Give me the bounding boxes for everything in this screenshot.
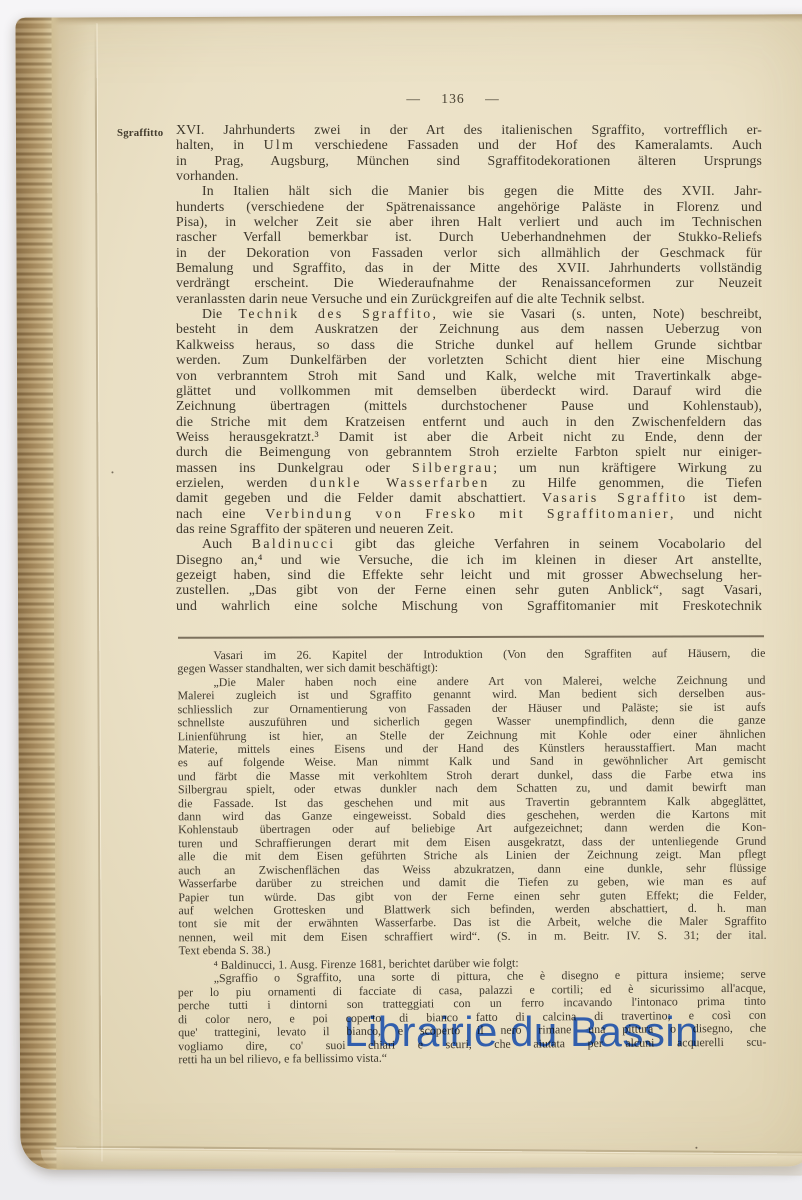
page-number: — 136 — (368, 91, 538, 107)
text-line: und wahrlich eine solche Mischung von Sg… (176, 598, 762, 613)
text-line: In Italien hält sich die Manier bis gege… (176, 183, 762, 198)
text-line: vorhanden. (176, 168, 762, 183)
page-bottom-edge (40, 1150, 802, 1176)
margin-note: Sgraffitto (117, 127, 163, 139)
text-line: in der Dekoration von Fassaden verlor si… (176, 245, 762, 260)
text-line: Auch Baldinucci gibt das gleiche Verfahr… (176, 536, 762, 551)
page-top-edge (15, 14, 802, 25)
text-line: halten, in Ulm verschiedene Fassaden und… (176, 137, 762, 152)
page-crease-vertical (95, 23, 102, 1161)
paragraph: Vasari im 26. Kapitel der Introduktion (… (177, 647, 765, 676)
text-line: nach eine Verbindung von Fresko mit Sgra… (176, 506, 762, 521)
letterspaced-emphasis: Baldinucci (252, 536, 336, 551)
paper-speck (111, 471, 113, 473)
text-line: besteht in dem Auskratzen der Zeichnung … (176, 321, 762, 336)
text-line: damit gegeben und die Felder damit absch… (176, 490, 762, 505)
text-line: von verbranntem Stroh mit Sand und Kalk,… (176, 368, 762, 383)
footnote-vasari: Vasari im 26. Kapitel der Introduktion (… (177, 647, 766, 958)
body-text: XVI. Jahrhunderts zwei in der Art des it… (176, 122, 762, 613)
paper-speck (695, 1147, 697, 1149)
letterspaced-emphasis: Ulm (264, 137, 296, 152)
text-line: in Prag, Augsburg, München sind Sgraffit… (176, 153, 762, 168)
text-line: das reine Sgraffito der späteren und neu… (176, 521, 762, 536)
watermark-text: Librairie du Bassin (344, 1008, 699, 1056)
text-line: Bemalung und Sgraffito, das in der Mitte… (176, 260, 762, 275)
binding-deckle-texture (15, 18, 56, 1170)
letterspaced-emphasis: Technik des Sgraffito (238, 306, 432, 321)
text-line: veranlassten darin neue Versuche und ein… (176, 291, 762, 306)
text-line: werden. Zum Dunkelfärben der vorletzten … (176, 352, 762, 367)
text-line: Zeichnung übertragen (mittels durchstoch… (176, 398, 762, 413)
paragraph: Die Technik des Sgraffito, wie sie Vasar… (176, 306, 762, 536)
text-line: erzielen, werden dunkle Wasserfarben zu … (176, 475, 762, 490)
paragraph: XVI. Jahrhunderts zwei in der Art des it… (176, 122, 762, 183)
text-line: zustellen. „Das gibt von der Ferne einen… (176, 582, 762, 597)
letterspaced-emphasis: Silbergrau (412, 460, 493, 475)
letterspaced-emphasis: Vasaris Sgraffito (542, 490, 688, 505)
text-line: durch die Beimengung von gebranntem Stro… (176, 444, 762, 459)
text-line: Kalkweiss heraus, so dass die Striche du… (176, 337, 762, 352)
paragraph: „Die Maler haben noch eine andere Art vo… (177, 674, 766, 958)
letterspaced-emphasis: Verbindung von Fresko mit Sgraffitomanie… (265, 506, 670, 521)
text-line: Disegno an,⁴ und wie Versuche, die ich i… (176, 552, 762, 567)
paragraph: Auch Baldinucci gibt das gleiche Verfahr… (176, 536, 762, 613)
text-line: glättet und vollkommen mit demselben übe… (176, 383, 762, 398)
text-line: verdrängt erscheint. Die Wiederaufnahme … (176, 275, 762, 290)
text-line: massen ins Dunkelgrau oder Silbergrau; u… (176, 460, 762, 475)
text-line: Weiss herausgekratzt.³ Damit ist aber di… (176, 429, 762, 444)
letterspaced-emphasis: dunkle Wasserfarben (310, 475, 490, 490)
paragraph: In Italien hält sich die Manier bis gege… (176, 183, 762, 306)
scan-background: — 136 — Sgraffitto XVI. Jahrhunderts zwe… (0, 0, 802, 1200)
text-line: gezeigt haben, sind die Effekte sehr lei… (176, 567, 762, 582)
text-line: Die Technik des Sgraffito, wie sie Vasar… (176, 306, 762, 321)
text-line: Pisa), in welcher Zeit sie aber ihren Ha… (176, 214, 762, 229)
text-line: rascher Verfall bemerkbar ist. Durch Ueb… (176, 229, 762, 244)
binding-edge-fade (51, 17, 94, 1169)
text-line: die Striche mit dem Kratzeisen entfernt … (176, 414, 762, 429)
text-line: hunderts (verschiedene der Spätrenaissan… (176, 199, 762, 214)
text-line: XVI. Jahrhunderts zwei in der Art des it… (176, 122, 762, 137)
